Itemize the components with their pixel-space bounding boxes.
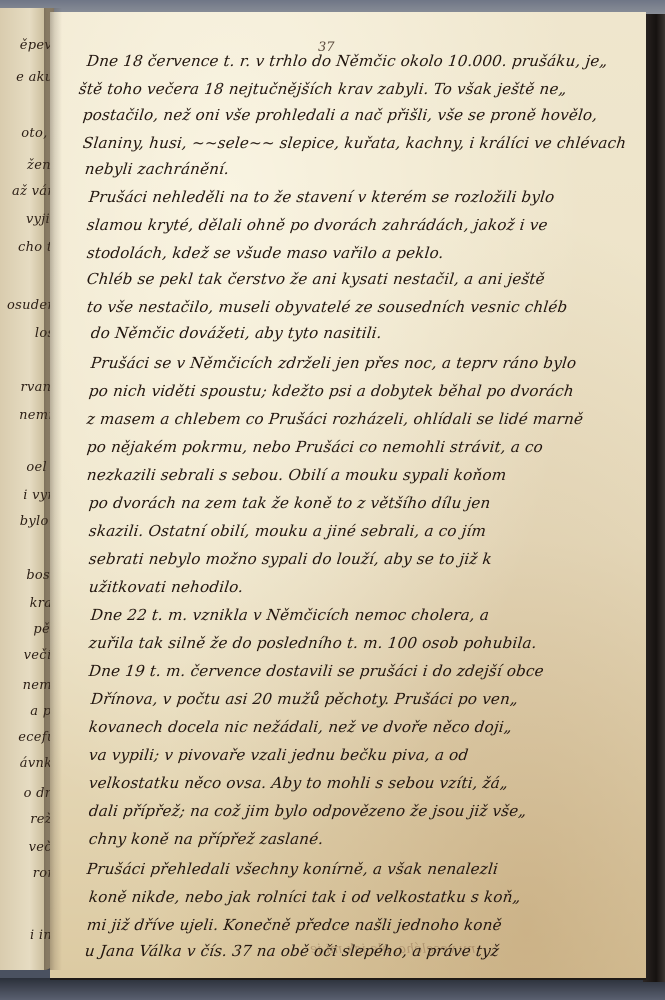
text-line: postačilo, než oni vše prohledali a nač … xyxy=(82,106,598,124)
text-line: Dne 18 července t. r. v trhlo do Němčic … xyxy=(86,52,609,70)
text-line: Slaniny, husi, ~~sele~~ slepice, kuřata,… xyxy=(82,134,627,152)
text-line: po nějakém pokrmu, nebo Prušáci co nemoh… xyxy=(86,438,544,456)
text-line: stodolách, kdež se všude maso vařilo a p… xyxy=(86,244,445,262)
backdrop-bottom xyxy=(0,978,665,1000)
text-line: chny koně na přípřež zaslané. xyxy=(88,830,324,848)
text-line: zuřila tak silně že do posledního t. m. … xyxy=(88,634,538,652)
text-line: užitkovati nehodilo. xyxy=(88,578,244,596)
text-line: po nich viděti spoustu; kdežto psi a dob… xyxy=(88,382,575,400)
gutter-shadow xyxy=(44,8,62,970)
text-line: Prušáci se v Němčicích zdrželi jen přes … xyxy=(90,354,577,372)
text-line: nezkazili sebrali s sebou. Obilí a mouku… xyxy=(86,466,507,484)
text-line: koně nikde, nebo jak rolníci tak i od ve… xyxy=(88,888,522,906)
text-line: Dřínova, v počtu asi 20 mužů pěchoty. Pr… xyxy=(90,690,519,708)
text-line: Dne 19 t. m. července dostavili se prušá… xyxy=(88,662,545,680)
book-binding-edge xyxy=(643,14,665,982)
text-line: to vše nestačilo, museli obyvatelé ze so… xyxy=(86,298,568,316)
text-line: ště toho večera 18 nejtučnějších krav za… xyxy=(78,80,568,98)
text-line: kovanech docela nic nežádali, než ve dvo… xyxy=(88,718,513,736)
text-line: po dvorách na zem tak že koně to z větší… xyxy=(88,494,491,512)
text-line: mi již dříve ujeli. Konečně předce našli… xyxy=(86,916,503,934)
text-line: z masem a chlebem co Prušáci rozházeli, … xyxy=(86,410,584,428)
text-line: do Němčic dovážeti, aby tyto nasitili. xyxy=(90,324,383,342)
text-line: dali přípřež; na což jim bylo odpovězeno… xyxy=(88,802,527,820)
text-line: Prušáci přehledali všechny konírně, a vš… xyxy=(86,860,499,878)
text-line: nebyli zachránění. xyxy=(84,160,230,178)
text-line: sebrati nebylo možno sypali do louží, ab… xyxy=(88,550,493,568)
text-line: skazili. Ostatní obilí, mouku a jiné seb… xyxy=(88,522,487,540)
text-line: va vypili; v pivovaře vzali jednu bečku … xyxy=(88,746,469,764)
text-line: slamou kryté, dělali ohně po dvorách zah… xyxy=(86,216,549,234)
text-line: u Jana Válka v čís. 37 na obě oči slepéh… xyxy=(84,942,500,960)
text-line: Chléb se pekl tak čerstvo že ani kysati … xyxy=(86,270,546,288)
text-line: velkostatku něco ovsa. Aby to mohli s se… xyxy=(88,774,509,792)
text-line: Dne 22 t. m. vznikla v Němčicích nemoc c… xyxy=(90,606,490,624)
text-line: Prušáci nehleděli na to že stavení v kte… xyxy=(88,188,555,206)
